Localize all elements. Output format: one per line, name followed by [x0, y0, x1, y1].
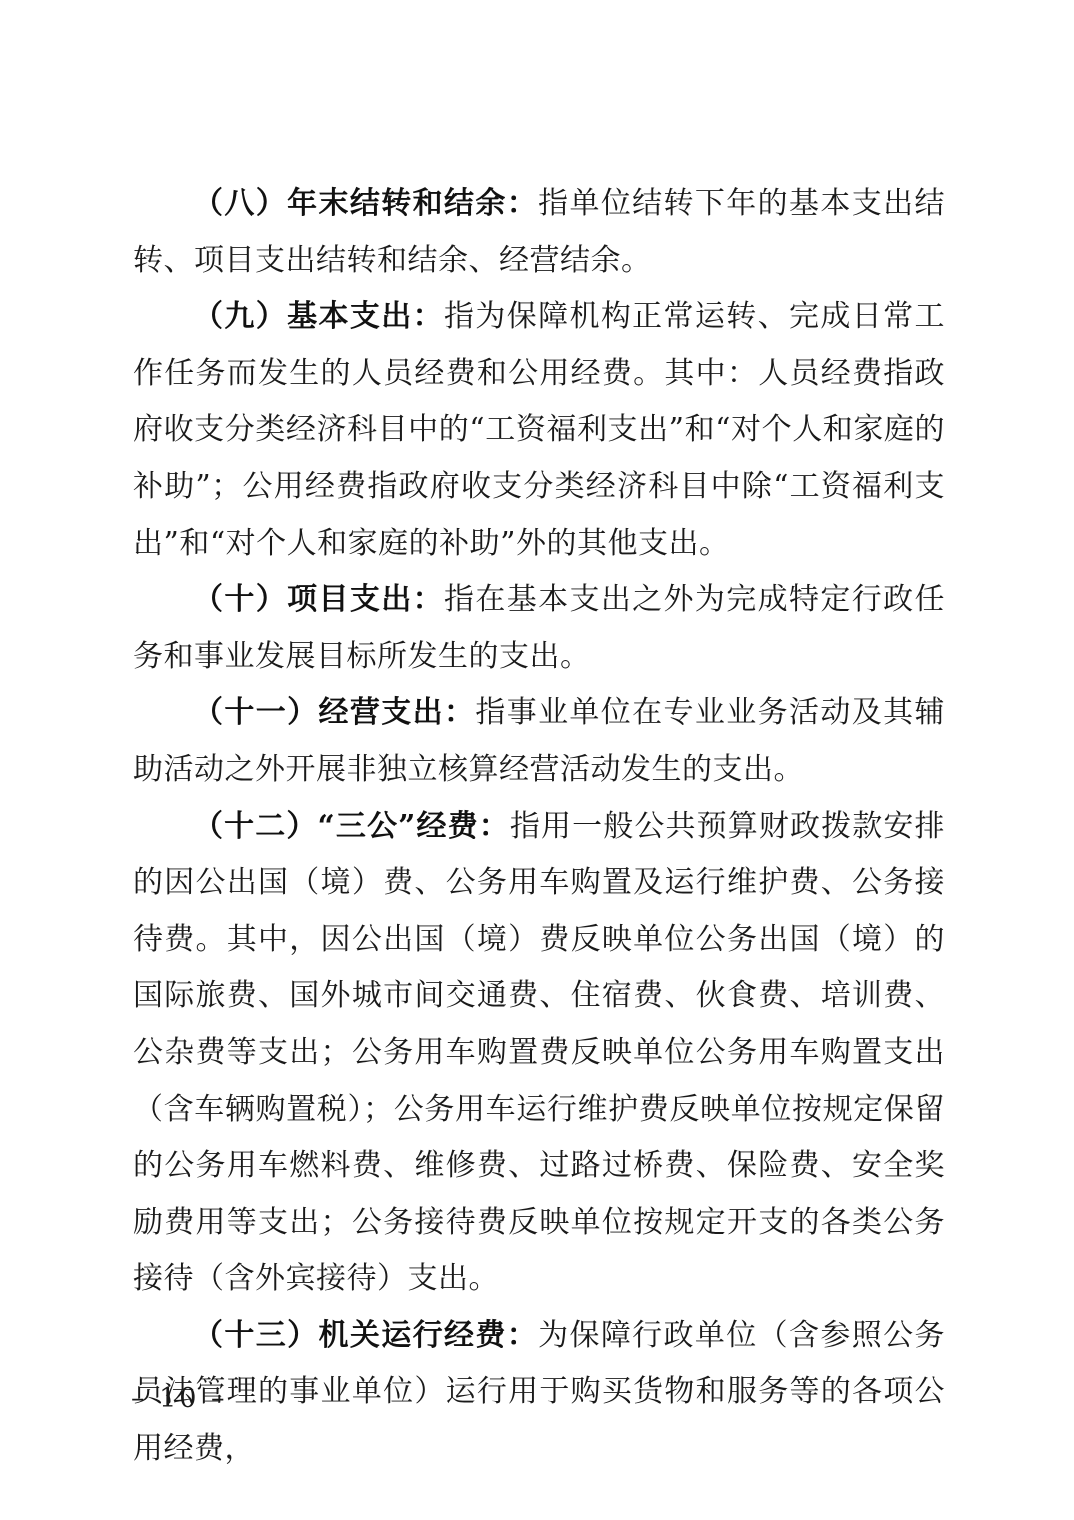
paragraph: （十）项目支出：指在基本支出之外为完成特定行政任务和事业发展目标所发生的支出。 — [133, 572, 945, 685]
paragraph-text: 指用一般公共预算财政拨款安排的因公出国（境）费、公务用车购置及运行维护费、公务接… — [133, 809, 945, 1297]
paragraph: （十三）机关运行经费：为保障行政单位（含参照公务员法管理的事业单位）运行用于购买… — [133, 1308, 945, 1478]
paragraph-heading: （九）基本支出： — [193, 299, 444, 334]
paragraph-heading: （八）年末结转和结余： — [193, 186, 538, 221]
paragraph: （十二）“三公”经费：指用一般公共预算财政拨款安排的因公出国（境）费、公务用车购… — [133, 799, 945, 1308]
paragraph-text: 指为保障机构正常运转、完成日常工作任务而发生的人员经费和公用经费。其中：人员经费… — [133, 299, 945, 560]
paragraph-heading: （十三）机关运行经费： — [193, 1318, 538, 1353]
page-number: – 10 – — [131, 1383, 228, 1414]
paragraph-heading: （十）项目支出： — [193, 582, 444, 617]
paragraph: （九）基本支出：指为保障机构正常运转、完成日常工作任务而发生的人员经费和公用经费… — [133, 289, 945, 572]
paragraph-heading: （十一）经营支出： — [193, 695, 475, 730]
paragraph: （八）年末结转和结余：指单位结转下年的基本支出结转、项目支出结转和结余、经营结余… — [133, 176, 945, 289]
paragraph-heading: （十二）“三公”经费： — [193, 809, 510, 844]
paragraph: （十一）经营支出：指事业单位在专业业务活动及其辅助活动之外开展非独立核算经营活动… — [133, 685, 945, 798]
document-page: （八）年末结转和结余：指单位结转下年的基本支出结转、项目支出结转和结余、经营结余… — [0, 0, 1074, 1520]
document-body: （八）年末结转和结余：指单位结转下年的基本支出结转、项目支出结转和结余、经营结余… — [133, 176, 945, 1478]
